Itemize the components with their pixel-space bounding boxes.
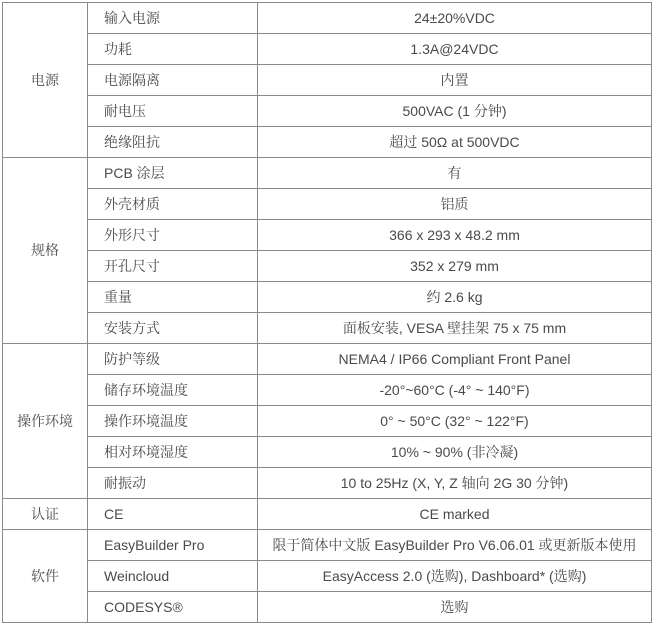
spec-label-cell: 重量 — [88, 282, 258, 313]
table-row: 开孔尺寸 352 x 279 mm — [3, 251, 652, 282]
spec-label-cell: 耐振动 — [88, 468, 258, 499]
spec-value-cell: EasyAccess 2.0 (选购), Dashboard* (选购) — [258, 561, 652, 592]
spec-value-cell: 选购 — [258, 592, 652, 623]
category-cell-software: 软件 — [3, 530, 88, 623]
category-cell-environment: 操作环境 — [3, 344, 88, 499]
spec-value-cell: 352 x 279 mm — [258, 251, 652, 282]
table-row: 认证 CE CE marked — [3, 499, 652, 530]
spec-value-cell: 0° ~ 50°C (32° ~ 122°F) — [258, 406, 652, 437]
spec-label-cell: 耐电压 — [88, 96, 258, 127]
table-row: 操作环境温度 0° ~ 50°C (32° ~ 122°F) — [3, 406, 652, 437]
table-row: 耐电压 500VAC (1 分钟) — [3, 96, 652, 127]
spec-value-cell: 面板安装, VESA 壁挂架 75 x 75 mm — [258, 313, 652, 344]
spec-value-cell: 超过 50Ω at 500VDC — [258, 127, 652, 158]
spec-label-cell: 输入电源 — [88, 3, 258, 34]
spec-value-cell: 366 x 293 x 48.2 mm — [258, 220, 652, 251]
spec-label-cell: 外形尺寸 — [88, 220, 258, 251]
spec-label-cell: 电源隔离 — [88, 65, 258, 96]
spec-label-cell: 相对环境湿度 — [88, 437, 258, 468]
spec-label-cell: CODESYS® — [88, 592, 258, 623]
table-row: CODESYS® 选购 — [3, 592, 652, 623]
table-row: 外壳材质 铝质 — [3, 189, 652, 220]
table-row: 电源隔离 内置 — [3, 65, 652, 96]
spec-value-cell: 内置 — [258, 65, 652, 96]
category-cell-certification: 认证 — [3, 499, 88, 530]
spec-value-cell: 1.3A@24VDC — [258, 34, 652, 65]
table-row: 操作环境 防护等级 NEMA4 / IP66 Compliant Front P… — [3, 344, 652, 375]
spec-label-cell: 操作环境温度 — [88, 406, 258, 437]
category-cell-specs: 规格 — [3, 158, 88, 344]
table-row: 绝缘阻抗 超过 50Ω at 500VDC — [3, 127, 652, 158]
spec-page: 电源 输入电源 24±20%VDC 功耗 1.3A@24VDC 电源隔离 内置 … — [0, 0, 656, 625]
spec-value-cell: 24±20%VDC — [258, 3, 652, 34]
spec-label-cell: 储存环境温度 — [88, 375, 258, 406]
spec-label-cell: 开孔尺寸 — [88, 251, 258, 282]
table-row: 功耗 1.3A@24VDC — [3, 34, 652, 65]
spec-value-cell: 10 to 25Hz (X, Y, Z 轴向 2G 30 分钟) — [258, 468, 652, 499]
table-row: 相对环境湿度 10% ~ 90% (非冷凝) — [3, 437, 652, 468]
table-row: 安装方式 面板安装, VESA 壁挂架 75 x 75 mm — [3, 313, 652, 344]
spec-label-cell: PCB 涂层 — [88, 158, 258, 189]
spec-value-cell: 铝质 — [258, 189, 652, 220]
spec-value-cell: 限于简体中文版 EasyBuilder Pro V6.06.01 或更新版本使用 — [258, 530, 652, 561]
specification-table: 电源 输入电源 24±20%VDC 功耗 1.3A@24VDC 电源隔离 内置 … — [2, 2, 652, 623]
spec-label-cell: Weincloud — [88, 561, 258, 592]
spec-label-cell: CE — [88, 499, 258, 530]
spec-value-cell: 约 2.6 kg — [258, 282, 652, 313]
spec-label-cell: EasyBuilder Pro — [88, 530, 258, 561]
table-row: 储存环境温度 -20°~60°C (-4° ~ 140°F) — [3, 375, 652, 406]
spec-value-cell: 10% ~ 90% (非冷凝) — [258, 437, 652, 468]
table-row: 耐振动 10 to 25Hz (X, Y, Z 轴向 2G 30 分钟) — [3, 468, 652, 499]
table-row: Weincloud EasyAccess 2.0 (选购), Dashboard… — [3, 561, 652, 592]
spec-value-cell: CE marked — [258, 499, 652, 530]
spec-label-cell: 安装方式 — [88, 313, 258, 344]
table-row: 电源 输入电源 24±20%VDC — [3, 3, 652, 34]
table-row: 软件 EasyBuilder Pro 限于简体中文版 EasyBuilder P… — [3, 530, 652, 561]
spec-label-cell: 绝缘阻抗 — [88, 127, 258, 158]
spec-value-cell: NEMA4 / IP66 Compliant Front Panel — [258, 344, 652, 375]
table-row: 重量 约 2.6 kg — [3, 282, 652, 313]
spec-value-cell: -20°~60°C (-4° ~ 140°F) — [258, 375, 652, 406]
table-row: 规格 PCB 涂层 有 — [3, 158, 652, 189]
spec-label-cell: 外壳材质 — [88, 189, 258, 220]
table-row: 外形尺寸 366 x 293 x 48.2 mm — [3, 220, 652, 251]
spec-label-cell: 防护等级 — [88, 344, 258, 375]
category-cell-power: 电源 — [3, 3, 88, 158]
spec-label-cell: 功耗 — [88, 34, 258, 65]
spec-value-cell: 有 — [258, 158, 652, 189]
spec-value-cell: 500VAC (1 分钟) — [258, 96, 652, 127]
